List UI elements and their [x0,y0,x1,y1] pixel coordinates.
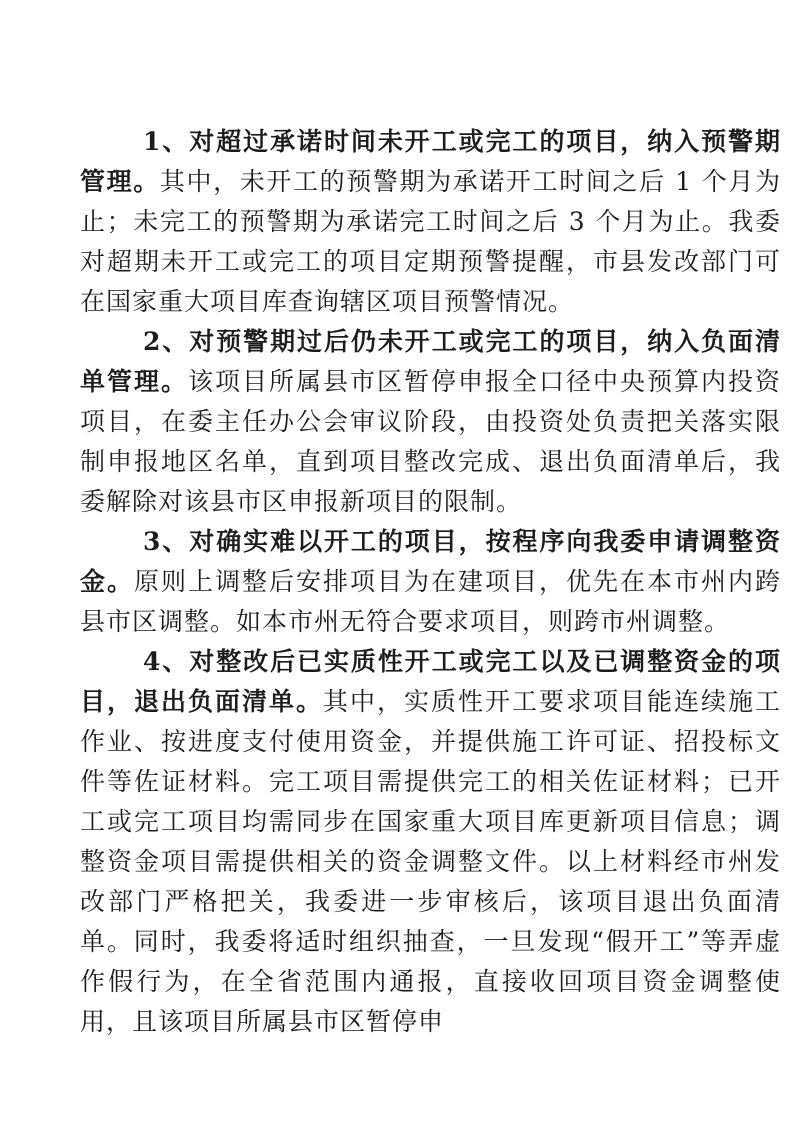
paragraph-1-body: 其中，未开工的预警期为承诺开工时间之后 1 个月为止；未完工的预警期为承诺完工时… [80,167,781,316]
paragraph-2: 2、对预警期过后仍未开工或完工的项目，纳入负面清单管理。该项目所属县市区暂停申报… [80,322,781,522]
document-page: 1、对超过承诺时间未开工或完工的项目，纳入预警期管理。其中，未开工的预警期为承诺… [0,0,793,1122]
paragraph-3: 3、对确实难以开工的项目，按程序向我委申请调整资金。原则上调整后安排项目为在建项… [80,522,781,642]
document-text-block: 1、对超过承诺时间未开工或完工的项目，纳入预警期管理。其中，未开工的预警期为承诺… [80,122,781,1042]
paragraph-1: 1、对超过承诺时间未开工或完工的项目，纳入预警期管理。其中，未开工的预警期为承诺… [80,122,781,322]
paragraph-4-body: 其中，实质性开工要求项目能连续施工作业、按进度支付使用资金，并提供施工许可证、招… [80,687,781,1036]
paragraph-3-body: 原则上调整后安排项目为在建项目，优先在本市州内跨县市区调整。如本市州无符合要求项… [80,567,781,636]
paragraph-4: 4、对整改后已实质性开工或完工以及已调整资金的项目，退出负面清单。其中，实质性开… [80,642,781,1042]
